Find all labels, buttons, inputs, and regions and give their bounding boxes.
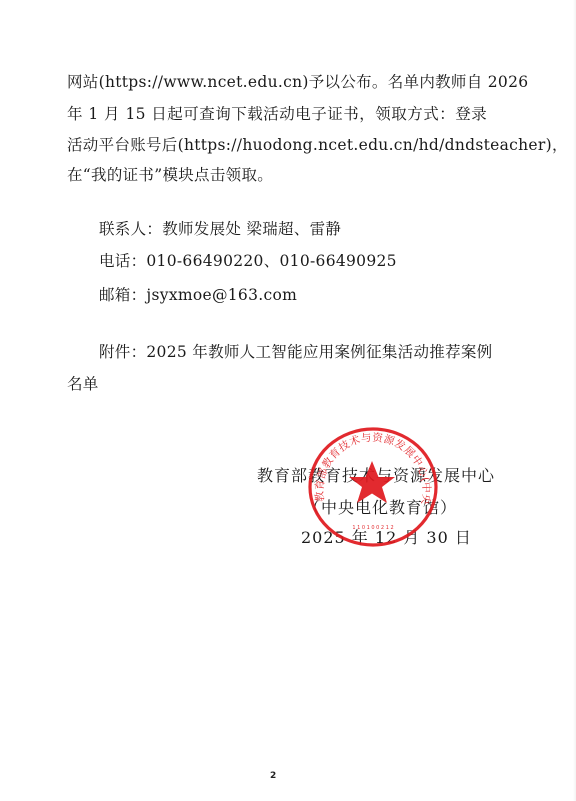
signature-date: 2025 年 12 月 30 日 [301, 528, 472, 548]
contact-phone: 电话：010-66490220、010-66490925 [99, 251, 397, 271]
attachment-line-2: 名单 [67, 374, 99, 394]
contact-person: 联系人：教师发展处 梁瑞超、雷静 [99, 219, 341, 239]
contact-email: 邮箱：jsyxmoe@163.com [99, 285, 297, 305]
attachment-line-1: 附件：2025 年教师人工智能应用案例征集活动推荐案例 [99, 342, 487, 362]
signature-organization-alt: （中央电化教育馆） [304, 498, 457, 518]
document-page: 网站(https://www.ncet.edu.cn)予以公布。名单内教师自 2… [0, 0, 576, 801]
paragraph-line-1: 网站(https://www.ncet.edu.cn)予以公布。名单内教师自 2… [67, 72, 487, 92]
paragraph-line-2: 年 1 月 15 日起可查询下载活动电子证书，领取方式：登录 [67, 104, 487, 124]
page-number: 2 [270, 771, 276, 781]
paragraph-line-4: 在“我的证书”模块点击领取。 [67, 165, 487, 185]
paragraph-line-3: 活动平台账号后(https://huodong.ncet.edu.cn/hd/d… [67, 135, 487, 155]
signature-organization: 教育部教育技术与资源发展中心 [257, 466, 495, 486]
